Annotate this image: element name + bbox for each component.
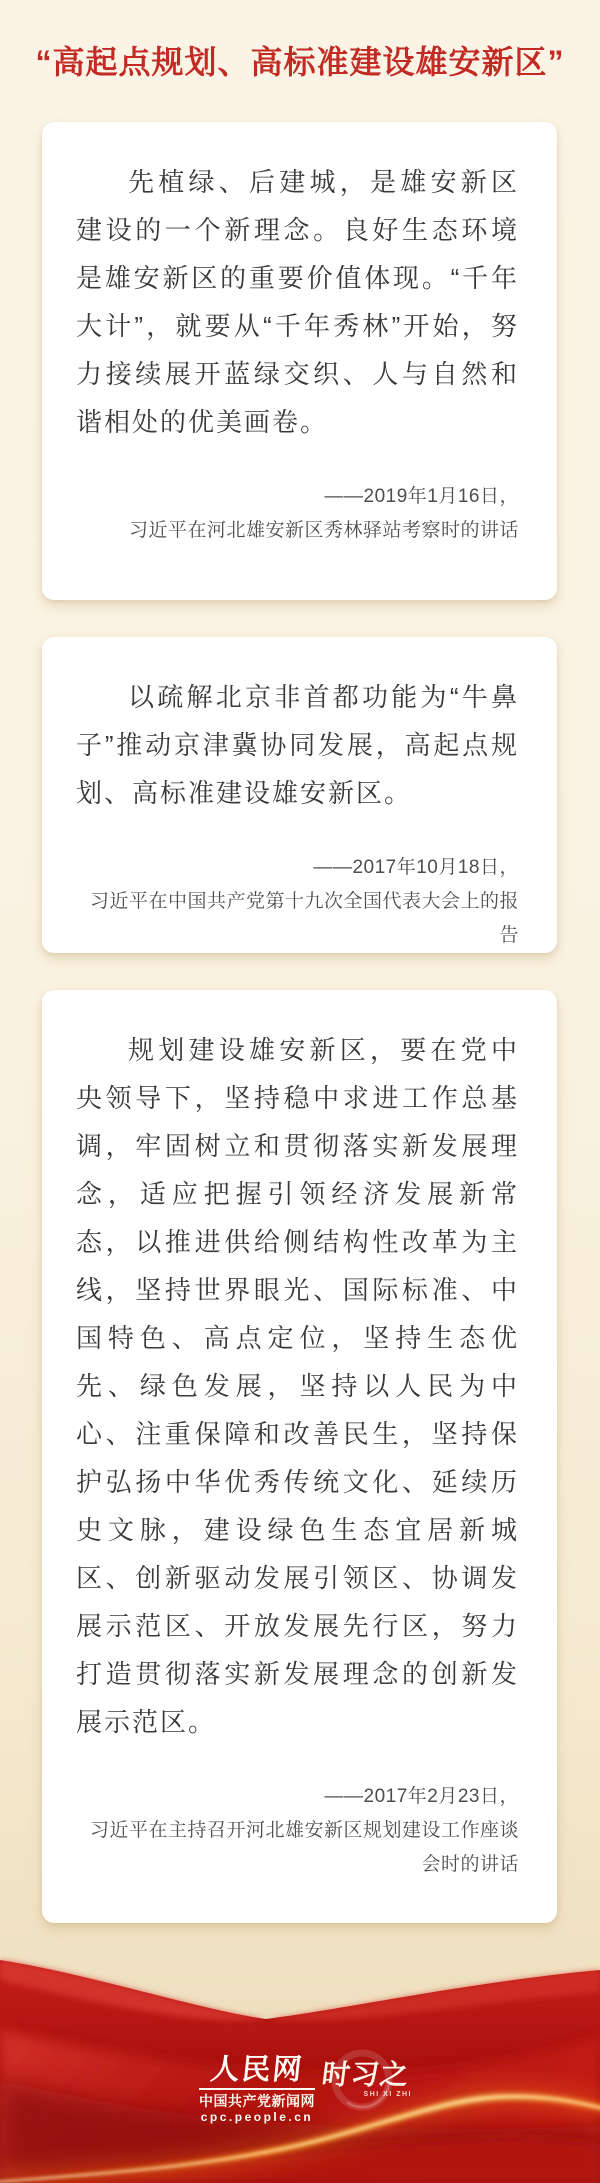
citation-date: ——2017年2月23日， bbox=[76, 1780, 519, 1814]
people-daily-wordmark: 人民网 bbox=[195, 2054, 318, 2086]
people-daily-logo: 人民网 中国共产党新闻网 cpc.people.cn bbox=[197, 2054, 317, 2125]
poster-page: “高起点规划、高标准建设雄安新区” 先植绿、后建城，是雄安新区建设的一个新理念。… bbox=[0, 0, 600, 2183]
shixizhi-pinyin: SHI XI ZHI bbox=[322, 2091, 412, 2098]
shixizhi-logo: 时习之 SHI XI ZHI bbox=[322, 2060, 412, 2098]
cpc-news-label: 中国共产党新闻网 bbox=[197, 2093, 317, 2110]
citation: ——2017年2月23日， 习近平在主持召开河北雄安新区规划建设工作座谈会时的讲… bbox=[76, 1780, 519, 1882]
quote-card-3: 规划建设雄安新区，要在党中央领导下，坚持稳中求进工作总基调，牢固树立和贯彻落实新… bbox=[42, 990, 557, 1923]
citation-source: 习近平在中国共产党第十九次全国代表大会上的报告 bbox=[76, 885, 519, 953]
citation-date: ——2019年1月16日， bbox=[76, 480, 519, 514]
quote-text: 先植绿、后建城，是雄安新区建设的一个新理念。良好生态环境是雄安新区的重要价值体现… bbox=[76, 158, 519, 446]
citation-date: ——2017年10月18日， bbox=[76, 851, 519, 885]
quote-text: 规划建设雄安新区，要在党中央领导下，坚持稳中求进工作总基调，牢固树立和贯彻落实新… bbox=[76, 1026, 519, 1746]
footer-banner: 人民网 中国共产党新闻网 cpc.people.cn 时习之 SHI XI ZH… bbox=[0, 1930, 600, 2183]
quote-text: 以疏解北京非首都功能为“牛鼻子”推动京津冀协同发展，高起点规划、高标准建设雄安新… bbox=[76, 673, 519, 817]
citation-source: 习近平在河北雄安新区秀林驿站考察时的讲话 bbox=[76, 514, 519, 548]
citation: ——2017年10月18日， 习近平在中国共产党第十九次全国代表大会上的报告 bbox=[76, 851, 519, 953]
quote-card-2: 以疏解北京非首都功能为“牛鼻子”推动京津冀协同发展，高起点规划、高标准建设雄安新… bbox=[42, 637, 557, 953]
quote-card-1: 先植绿、后建城，是雄安新区建设的一个新理念。良好生态环境是雄安新区的重要价值体现… bbox=[42, 122, 557, 600]
citation: ——2019年1月16日， 习近平在河北雄安新区秀林驿站考察时的讲话 bbox=[76, 480, 519, 548]
logo-divider bbox=[199, 2088, 315, 2090]
citation-source: 习近平在主持召开河北雄安新区规划建设工作座谈会时的讲话 bbox=[76, 1814, 519, 1882]
cpc-url: cpc.people.cn bbox=[197, 2110, 317, 2125]
shixizhi-wordmark: 时习之 bbox=[320, 2060, 414, 2090]
page-title: “高起点规划、高标准建设雄安新区” bbox=[0, 42, 600, 82]
